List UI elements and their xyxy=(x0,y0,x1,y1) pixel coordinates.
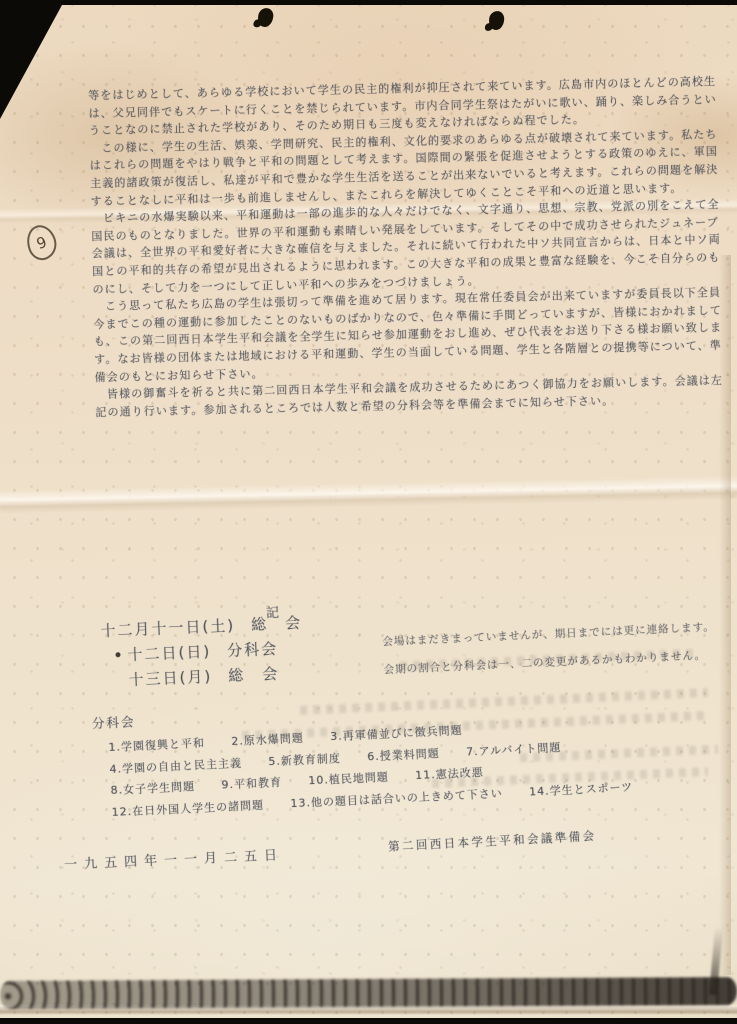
schedule-block: 十二月十一日(土)総 会 十二日(日)分科会 十三日(月)総 会 xyxy=(100,611,305,694)
scan-background: 9 等をはじめとして、あらゆる学校において学生の民主的権利が抑圧されて来ています… xyxy=(0,0,737,1024)
page-number-annotation: 9 xyxy=(22,221,61,264)
side-note: 会場はまだきまっていませんが、期日までには更に連絡します。 xyxy=(382,618,723,652)
subcommittee-item: 1.学園復興と平和 xyxy=(108,736,205,754)
subcommittee-item: 10.植民地問題 xyxy=(308,770,389,787)
subcommittee-heading: 分科会 xyxy=(92,712,136,732)
subcommittee-item: 5.新教育制度 xyxy=(268,751,341,768)
side-note: 会期の割合と分科会は一、二の変更があるかもわかりません。 xyxy=(383,646,724,680)
subcommittee-item: 2.原水爆問題 xyxy=(231,731,304,748)
subcommittee-list: 1.学園復興と平和 2.原水爆問題 3.再軍備並びに徴兵問題 4.学園の自由と民… xyxy=(108,707,729,823)
hole-punch xyxy=(488,10,505,31)
subcommittee-item: 3.再軍備並びに徴兵問題 xyxy=(330,724,463,743)
signature-line: 第二回西日本学生平和会議準備会 xyxy=(388,828,597,855)
bullet-dot xyxy=(115,652,120,657)
subcommittee-item: 8.女子学生問題 xyxy=(110,780,195,797)
schedule-event: 分科会 xyxy=(227,640,279,660)
ink-smear xyxy=(0,977,737,1009)
subcommittee-item: 11.憲法改悪 xyxy=(415,766,484,782)
schedule-event: 総 会 xyxy=(251,614,303,634)
subcommittee-item: 9.平和教育 xyxy=(221,776,282,792)
document-page: 9 等をはじめとして、あらゆる学校において学生の民主的権利が抑圧されて来ています… xyxy=(0,5,737,1018)
subcommittee-item: 6.授業料問題 xyxy=(367,746,440,763)
subcommittee-item: 12.在日外国人学生の諸問題 xyxy=(111,798,264,818)
fold-crease-middle xyxy=(0,476,737,514)
schedule-date: 十三日(月) xyxy=(128,667,212,688)
subcommittee-item: 4.学園の自由と民主主義 xyxy=(109,756,242,775)
schedule-date: 十二月十一日(土) xyxy=(100,616,235,640)
paragraph: こう思って私たち広島の学生は張切って準備を進めて居ります。現在常任委員会が出来て… xyxy=(93,284,725,386)
subcommittee-item: 7.アルバイト問題 xyxy=(466,740,562,758)
document-date: 一九五四年一一月二五日 xyxy=(64,844,285,873)
body-text: 等をはじめとして、あらゆる学校において学生の民主的権利が抑圧されて来ています。広… xyxy=(88,73,725,421)
hole-punch xyxy=(256,7,275,29)
schedule-event: 総 会 xyxy=(228,665,280,685)
side-notes: 会場はまだきまっていませんが、期日までには更に連絡します。 会期の割合と分科会は… xyxy=(382,618,724,689)
subcommittee-item: 14.学生とスポーツ xyxy=(529,780,634,798)
paragraph: ビキニの水爆実験以来、平和運動は一部の進歩的な人々だけでなく、文字通り、思想、宗… xyxy=(91,196,723,298)
schedule-date: 十二日(日) xyxy=(127,642,211,663)
